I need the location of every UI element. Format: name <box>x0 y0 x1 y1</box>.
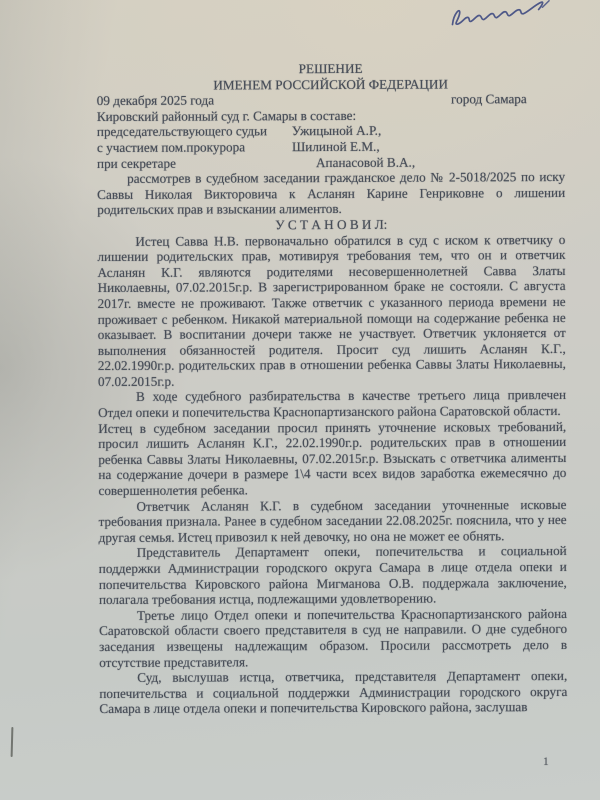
decision-date: 09 декабря 2025 года <box>97 93 214 109</box>
handwritten-copy-mark-icon <box>443 0 563 35</box>
stray-pen-mark <box>11 727 14 757</box>
role-label: при секретаре <box>97 155 292 171</box>
ruling-paragraph: Представитель Департамент опеки, попечит… <box>99 543 567 607</box>
case-intro-paragraph: рассмотрев в судебном заседании гражданс… <box>97 169 565 218</box>
secretary-name: Апанасовой В.А., <box>316 154 415 170</box>
ruling-paragraph: Третье лицо Отдел опеки и попечительства… <box>99 606 567 670</box>
judge-name: Ужицыной А.Р., <box>292 123 381 139</box>
ruling-paragraph: Суд, выслушав истца, ответчика, представ… <box>99 668 567 717</box>
role-label: председательствующего судьи <box>97 124 292 140</box>
ruling-paragraph: Ответчик Асланян К.Г. в судебном заседан… <box>98 497 566 546</box>
ruling-paragraph: В ходе судебного разбирательства в качес… <box>98 387 566 420</box>
ruling-paragraph: Истец в судебном заседании просил принят… <box>98 419 566 499</box>
page-number: 1 <box>543 756 549 768</box>
document-text-block: РЕШЕНИЕ ИМЕНЕМ РОССИЙСКОЙ ФЕДЕРАЦИИ 09 д… <box>97 60 568 717</box>
date-city-line: 09 декабря 2025 года город Самара <box>97 91 565 109</box>
role-label: с участием пом.прокурора <box>97 139 292 155</box>
decision-city: город Самара <box>451 91 527 107</box>
prosecutor-name: Шилиной Е.М., <box>292 139 380 155</box>
ruling-paragraph: Истец Савва Н.В. первоначально обратился… <box>97 232 566 390</box>
scanned-court-decision-page: РЕШЕНИЕ ИМЕНЕМ РОССИЙСКОЙ ФЕДЕРАЦИИ 09 д… <box>0 0 600 800</box>
